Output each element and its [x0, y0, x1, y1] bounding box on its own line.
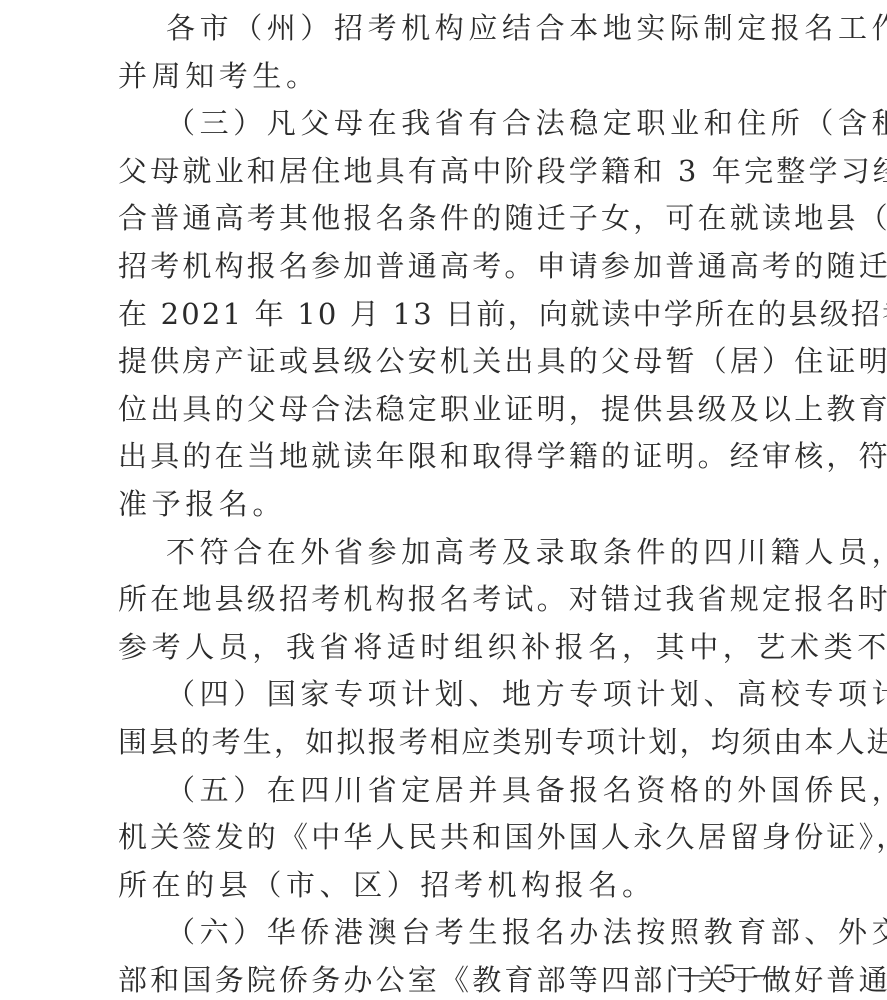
text-line: 出具的在当地就读年限和取得学籍的证明。经审核，符合条件者 — [118, 433, 778, 481]
text-line: 围县的考生，如拟报考相应类别专项计划，均须由本人进行申报。 — [118, 719, 778, 767]
text-line: 所在地县级招考机构报名考试。对错过我省规定报名时间的回川 — [118, 576, 778, 624]
text-line: 招考机构报名参加普通高考。申请参加普通高考的随迁子女，应 — [118, 243, 778, 291]
text-line: 父母就业和居住地具有高中阶段学籍和 3 年完整学习经历且符 — [118, 148, 778, 196]
text-line: 合普通高考其他报名条件的随迁子女，可在就读地县（市、区） — [118, 195, 778, 243]
page-number: — 5 — — [678, 958, 786, 990]
text-line: 提供房产证或县级公安机关出具的父母暂（居）住证明和有关单 — [118, 338, 778, 386]
text-line: （六）华侨港澳台考生报名办法按照教育部、外交部、公安 — [118, 909, 778, 957]
text-line: 机关签发的《中华人民共和国外国人永久居留身份证》，在定居 — [118, 814, 778, 862]
text-line: （三）凡父母在我省有合法稳定职业和住所（含租赁），在 — [118, 100, 778, 148]
text-line: （四）国家专项计划、地方专项计划、高校专项计划实施范 — [118, 671, 778, 719]
text-line: 所在的县（市、区）招考机构报名。 — [118, 862, 778, 910]
text-line: 位出具的父母合法稳定职业证明，提供县级及以上教育行政部门 — [118, 386, 778, 434]
text-line: 参考人员，我省将适时组织补报名，其中，艺术类不再补报。 — [118, 624, 778, 672]
text-line: （五）在四川省定居并具备报名资格的外国侨民，持省公安 — [118, 767, 778, 815]
text-line: 在 2021 年 10 月 13 日前，向就读中学所在的县级招考机构申请， — [118, 291, 778, 339]
text-line: 并周知考生。 — [118, 53, 778, 101]
text-line: 准予报名。 — [118, 481, 778, 529]
document-page: 各市（州）招考机构应结合本地实际制定报名工作具体安排 并周知考生。 （三）凡父母… — [118, 5, 778, 1000]
text-line: 各市（州）招考机构应结合本地实际制定报名工作具体安排 — [118, 5, 778, 53]
text-line: 不符合在外省参加高考及录取条件的四川籍人员，应回户籍 — [118, 529, 778, 577]
